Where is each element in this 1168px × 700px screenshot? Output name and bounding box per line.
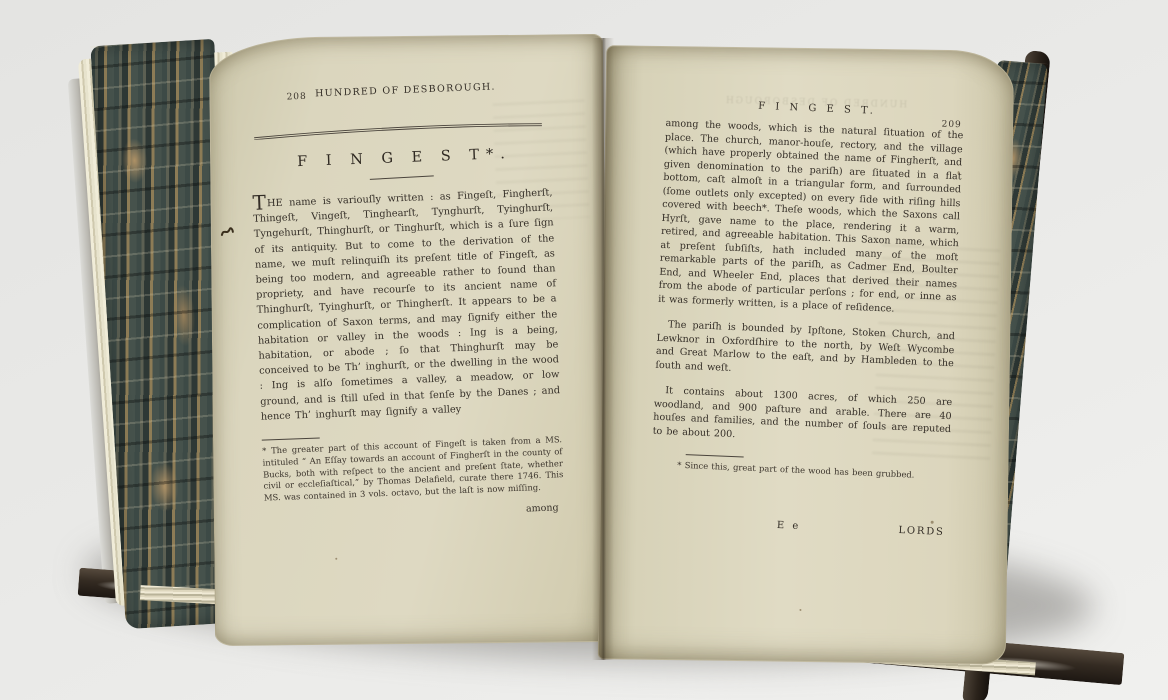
worm-hole-mark	[220, 225, 235, 238]
left-page-number: 208	[286, 92, 307, 103]
right-paragraph-3: It contains about 1300 acres, of which 2…	[652, 384, 952, 450]
left-page: 208 HUNDRED OF DESBOROUGH. F I N G E S T…	[209, 34, 609, 646]
double-rule	[250, 119, 546, 140]
foxing-speck	[335, 558, 337, 560]
footnote-rule	[262, 438, 320, 441]
right-paragraph-1: among the woods, which is the natural ſi…	[658, 117, 964, 318]
section-title: F I N G E S T*.	[251, 144, 551, 172]
left-footnote: * The greater part of this account of Fi…	[262, 434, 564, 504]
right-paragraph-2: The pariſh is bounded by Ipſtone, Stoken…	[655, 318, 955, 384]
left-page-header: 208 HUNDRED OF DESBOROUGH.	[248, 79, 548, 106]
foxing-speck	[799, 609, 801, 611]
left-catchword-row: among	[265, 502, 565, 527]
left-body-paragraph: THE name is variouſly written : as Finge…	[252, 185, 561, 424]
right-footnote: * Since this, great part of the wood has…	[651, 459, 949, 483]
right-page: HUNDRED OF DESBOROUGH F I N G E S T. 209…	[598, 45, 1015, 665]
drop-capital: T	[252, 190, 267, 215]
left-catchword: among	[526, 502, 559, 514]
book-photograph: 208 HUNDRED OF DESBOROUGH. F I N G E S T…	[0, 0, 1168, 700]
footnote-rule	[686, 454, 744, 457]
signature-row: E e LORDS	[649, 514, 947, 540]
right-page-number: 209	[941, 119, 962, 130]
right-page-text: HUNDRED OF DESBOROUGH F I N G E S T. 209…	[649, 97, 965, 541]
right-catchword: LORDS	[898, 525, 945, 538]
left-page-text: 208 HUNDRED OF DESBOROUGH. F I N G E S T…	[248, 79, 565, 526]
title-rule	[370, 175, 434, 180]
signature-mark: E e	[777, 520, 801, 532]
left-body-text: HE name is variouſly written : as Fingeſ…	[253, 187, 560, 422]
center-gutter-shadow	[592, 38, 614, 660]
